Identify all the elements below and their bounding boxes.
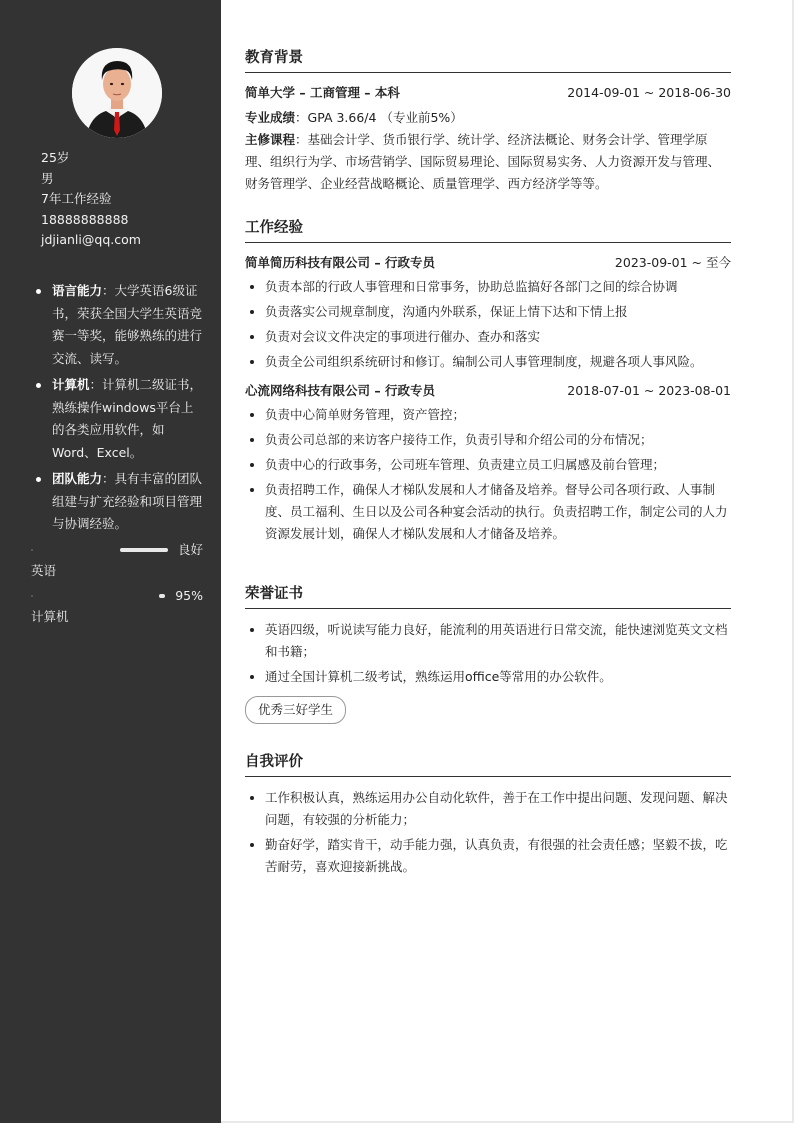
language-english: 良好 英语 [31,540,203,581]
list-item: 负责本部的行政人事管理和日常事务，协助总监搞好各部门之间的综合协调 [245,276,731,298]
experience-years: 7年工作经验 [41,189,141,210]
resume-page: 25岁 男 7年工作经验 18888888888 jdjianli@qq.com… [0,0,794,1123]
colon: ： [90,377,103,392]
job-header: 心流网络科技有限公司 – 行政专员 2018-07-01 ~ 2023-08-0… [245,381,731,401]
skill-item: 计算机：计算机二级证书，熟练操作windows平台上的各类应用软件，如Word、… [32,374,204,464]
job-dates: 2018-07-01 ~ 2023-08-01 [567,381,731,401]
level-bar [159,594,165,598]
education-section: 教育背景 简单大学 – 工商管理 – 本科 2014-09-01 ~ 2018-… [245,46,731,195]
skill-label: 团队能力 [52,471,102,486]
language-computer: 95% 计算机 [31,586,203,627]
job-header: 简单简历科技有限公司 – 行政专员 2023-09-01 ~ 至今 [245,253,731,273]
person-portrait-icon [72,48,162,138]
school-line: 简单大学 – 工商管理 – 本科 [245,83,400,103]
list-item: 负责中心简单财务管理，资产管控； [245,404,731,426]
job-dates: 2023-09-01 ~ 至今 [615,253,731,273]
section-title: 荣誉证书 [245,582,731,609]
section-title: 教育背景 [245,46,731,73]
language-name: 计算机 [31,607,203,627]
list-item: 工作积极认真，熟练运用办公自动化软件，善于在工作中提出问题、发现问题、解决问题，… [245,787,731,831]
courses-label: 主修课程 [245,132,295,147]
skills-list: 语言能力：大学英语6级证书，荣获全国大学生英语竞赛一等奖，能够熟练的进行交流、读… [32,280,204,540]
section-title: 自我评价 [245,750,731,777]
skill-item: 语言能力：大学英语6级证书，荣获全国大学生英语竞赛一等奖，能够熟练的进行交流、读… [32,280,204,370]
avatar [72,48,162,138]
colon: ： [102,283,115,298]
colon: ： [295,132,308,147]
sidebar: 25岁 男 7年工作经验 18888888888 jdjianli@qq.com… [0,0,221,1123]
bar-start-marker [31,549,33,551]
level-bar [120,548,168,552]
gpa: 专业成绩：GPA 3.66/4 （专业前5%） [245,107,731,129]
email: jdjianli@qq.com [41,230,141,251]
honors-section: 荣誉证书 英语四级，听说读写能力良好，能流利的用英语进行日常交流，能快速浏览英文… [245,582,731,724]
level-label: 良好 [178,540,203,560]
education-dates: 2014-09-01 ~ 2018-06-30 [567,83,731,103]
self-eval-section: 自我评价 工作积极认真，熟练运用办公自动化软件，善于在工作中提出问题、发现问题、… [245,750,731,878]
language-name: 英语 [31,561,203,581]
list-item: 负责招聘工作，确保人才梯队发展和人才储备及培养。督导公司各项行政、人事制度、员工… [245,479,731,545]
list-item: 负责对会议文件决定的事项进行催办、查办和落实 [245,326,731,348]
colon: ： [102,471,115,486]
level-label: 95% [175,586,203,606]
honor-tag: 优秀三好学生 [245,696,346,724]
skill-label: 语言能力 [52,283,102,298]
colon: ： [295,110,308,125]
job-bullets: 负责本部的行政人事管理和日常事务，协助总监搞好各部门之间的综合协调 负责落实公司… [245,276,731,373]
gpa-label: 专业成绩 [245,110,295,125]
list-item: 负责落实公司规章制度，沟通内外联系，保证上情下达和下情上报 [245,301,731,323]
courses-text: 基础会计学、货币银行学、统计学、经济法概论、财务会计学、管理学原理、组织行为学、… [245,132,720,191]
section-title: 工作经验 [245,216,731,243]
skill-label: 计算机 [52,377,90,392]
self-eval-bullets: 工作积极认真，熟练运用办公自动化软件，善于在工作中提出问题、发现问题、解决问题，… [245,787,731,878]
work-section: 工作经验 简单简历科技有限公司 – 行政专员 2023-09-01 ~ 至今 负… [245,216,731,545]
skill-item: 团队能力：具有丰富的团队组建与扩充经验和项目管理与协调经验。 [32,468,204,536]
courses: 主修课程：基础会计学、货币银行学、统计学、经济法概论、财务会计学、管理学原理、组… [245,129,731,195]
list-item: 负责中心的行政事务，公司班车管理、负责建立员工归属感及前台管理； [245,454,731,476]
list-item: 通过全国计算机二级考试，熟练运用office等常用的办公软件。 [245,666,731,688]
basic-info: 25岁 男 7年工作经验 18888888888 jdjianli@qq.com [41,148,141,251]
list-item: 勤奋好学，踏实肯干，动手能力强，认真负责，有很强的社会责任感；坚毅不拔，吃苦耐劳… [245,834,731,878]
phone: 18888888888 [41,210,141,231]
list-item: 负责公司总部的来访客户接待工作，负责引导和介绍公司的分布情况； [245,429,731,451]
company-line: 简单简历科技有限公司 – 行政专员 [245,253,435,273]
bar-start-marker [31,595,33,597]
education-header: 简单大学 – 工商管理 – 本科 2014-09-01 ~ 2018-06-30 [245,83,731,103]
gpa-text: GPA 3.66/4 （专业前5%） [308,110,463,125]
gender: 男 [41,169,141,190]
company-line: 心流网络科技有限公司 – 行政专员 [245,381,435,401]
list-item: 负责全公司组织系统研讨和修订。编制公司人事管理制度，规避各项人事风险。 [245,351,731,373]
honors-bullets: 英语四级，听说读写能力良好，能流利的用英语进行日常交流，能快速浏览英文文档和书籍… [245,619,731,688]
list-item: 英语四级，听说读写能力良好，能流利的用英语进行日常交流，能快速浏览英文文档和书籍… [245,619,731,663]
age: 25岁 [41,148,141,169]
job-bullets: 负责中心简单财务管理，资产管控； 负责公司总部的来访客户接待工作，负责引导和介绍… [245,404,731,545]
